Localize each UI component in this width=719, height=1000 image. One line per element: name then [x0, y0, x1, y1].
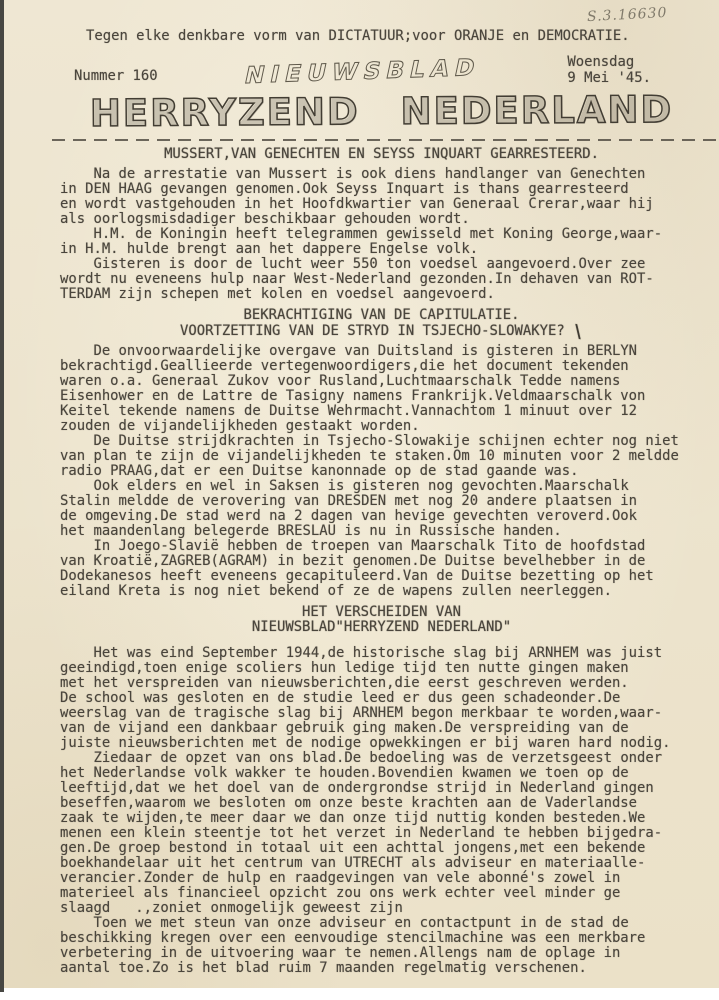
article-heading: HET VERSCHEIDEN VAN NIEUWSBLAD"HERRYZEND… [60, 605, 703, 636]
article-arrests: MUSSERT,VAN GENECHTEN EN SEYSS INQUART G… [60, 147, 703, 302]
publication-date: 9 Mei '45. [567, 70, 651, 86]
publication-day: Woensdag [567, 54, 651, 70]
article-heading: MUSSERT,VAN GENECHTEN EN SEYSS INQUART G… [60, 147, 703, 163]
article-body: Het was eind September 1944,de historisc… [60, 646, 703, 976]
article-history: HET VERSCHEIDEN VAN NIEUWSBLAD"HERRYZEND… [60, 605, 703, 976]
article-heading-text: HET VERSCHEIDEN VAN NIEUWSBLAD"HERRYZEND… [252, 604, 511, 636]
date-block: Woensdag 9 Mei '45. [567, 54, 651, 86]
pen-mark: \ [571, 324, 584, 341]
handwritten-nameplate: NIEUWSBLAD [242, 55, 483, 89]
newspaper-title: HERRYZEND NEDERLAND [60, 88, 703, 135]
article-capitulation: BEKRACHTIGING VAN DE CAPITULATIE. VOORTZ… [60, 308, 703, 599]
article-body: Na de arrestatie van Mussert is ook dien… [60, 167, 703, 302]
archive-annotation: S.3.16630 [586, 5, 667, 25]
masthead-slogan: Tegen elke denkbare vorm van DICTATUUR;v… [86, 28, 703, 44]
article-body: De onvoorwaardelijke overgave van Duitsl… [60, 344, 703, 599]
masthead-row: Nummer 160 NIEUWSBLAD Woensdag 9 Mei '45… [60, 54, 703, 86]
issue-number: Nummer 160 [74, 68, 158, 84]
article-heading-text: BEKRACHTIGING VAN DE CAPITULATIE. VOORTZ… [180, 307, 565, 340]
article-heading-text: MUSSERT,VAN GENECHTEN EN SEYSS INQUART G… [164, 146, 599, 162]
article-heading: BEKRACHTIGING VAN DE CAPITULATIE. VOORTZ… [60, 308, 703, 340]
dashed-rule [52, 139, 719, 141]
newspaper-page: S.3.16630 Tegen elke denkbare vorm van D… [4, 0, 719, 988]
